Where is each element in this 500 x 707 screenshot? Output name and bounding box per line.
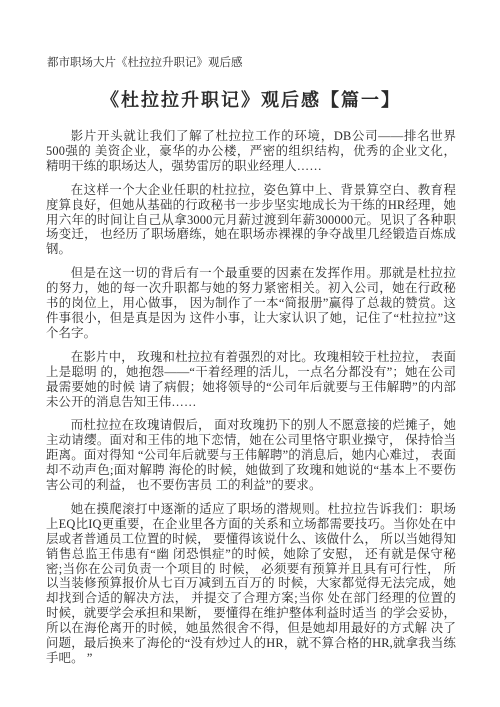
document-title: 《杜拉拉升职记》观后感【篇一】: [46, 86, 456, 112]
body-paragraph-4: 在影片中， 玫瑰和杜拉拉有着强烈的对比。玫瑰相较于杜拉拉， 表面上是聪明 的，她…: [46, 350, 456, 410]
body-paragraph-6: 她在摸爬滚打中逐渐的适应了职场的潜规则。杜拉拉告诉我们：职场上EQ比IQ更重要，…: [46, 502, 456, 666]
body-paragraph-2: 在这样一个大企业任职的杜拉拉，姿色算中上、背景算空白、教育程度算良好，但她从基础…: [46, 183, 456, 258]
document-body: 影片开头就让我们了解了杜拉拉工作的环境，DB公司——排名世界500强的 美资企业…: [46, 129, 456, 666]
body-paragraph-3: 但是在这一切的背后有一个最重要的因素在发挥作用。那就是杜拉拉的努力，她的每一次升…: [46, 266, 456, 341]
document-header: 都市职场大片《杜拉拉升职记》观后感: [47, 56, 456, 70]
document-page: 都市职场大片《杜拉拉升职记》观后感 《杜拉拉升职记》观后感【篇一】 影片开头就让…: [0, 0, 500, 707]
body-paragraph-1: 影片开头就让我们了解了杜拉拉工作的环境，DB公司——排名世界500强的 美资企业…: [46, 129, 456, 174]
body-paragraph-5: 而杜拉拉在玫瑰请假后， 面对玫瑰扔下的别人不愿意接的烂摊子，她主动请缨。面对和王…: [46, 418, 456, 493]
